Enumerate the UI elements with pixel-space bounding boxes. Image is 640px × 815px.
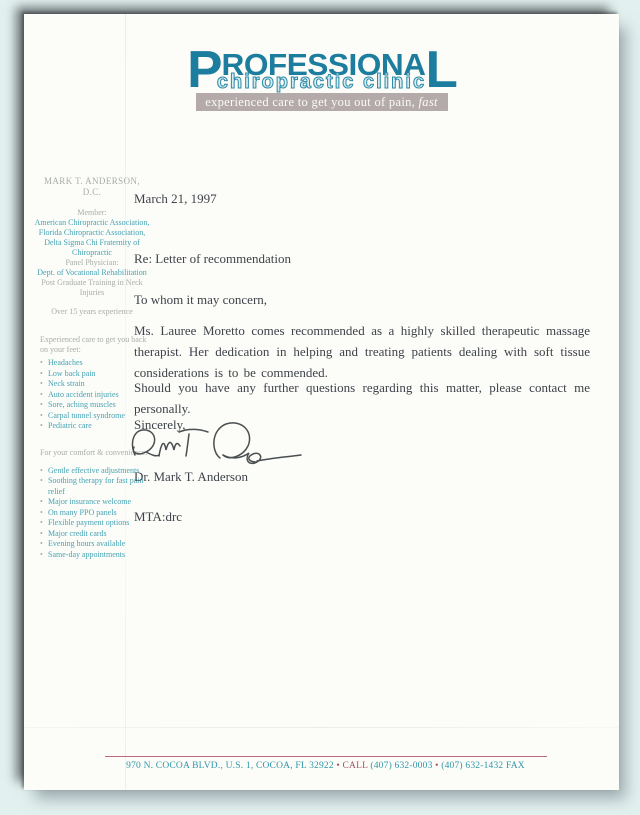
letter-body: March 21, 1997 Re: Letter of recommendat…: [134, 174, 590, 734]
footer-phone: (407) 632-0003: [370, 761, 432, 771]
logo-subtitle: chiropractic clinic: [214, 71, 430, 94]
member-item: Florida Chiropractic Association,: [34, 228, 150, 238]
handwritten-signature: [126, 417, 304, 475]
footer-fax: (407) 632-1432 FAX: [441, 761, 525, 771]
panel-item: Dept. of Vocational Rehabilitation: [34, 268, 150, 278]
letter-paragraph-1: Ms. Lauree Moretto comes recommended as …: [134, 320, 590, 383]
footer-bullet-1: •: [336, 761, 340, 771]
member-item: Delta Sigma Chi Fraternity of Chiropract…: [34, 238, 150, 258]
member-item: American Chiropractic Association,: [34, 218, 150, 228]
tagline-emphasis: fast: [419, 95, 438, 109]
panel-label: Panel Physician:: [34, 258, 150, 268]
tagline-banner: experienced care to get you out of pain,…: [196, 93, 448, 111]
clinic-logo: P ROFESSIONA L chiropractic clinic exper…: [190, 44, 454, 136]
letter-subject: Re: Letter of recommendation: [134, 251, 590, 267]
letterhead-sidebar: MARK T. ANDERSON, D.C. Member: American …: [34, 176, 150, 560]
letterhead-footer: 970 N. COCOA BLVD., U.S. 1, COCOA, FL 32…: [105, 756, 547, 771]
footer-call-label: CALL: [343, 761, 368, 771]
comfort-list: Gentle effective adjustmentsSoothing the…: [34, 466, 150, 561]
experience-note: Over 15 years experience: [34, 307, 150, 317]
post-grad-note: Post Graduate Training in Neck Injuries: [34, 278, 150, 298]
signer-name: Dr. Mark T. Anderson: [134, 469, 590, 485]
letter-salutation: To whom it may concern,: [134, 292, 590, 308]
scan-background: P ROFESSIONA L chiropractic clinic exper…: [0, 0, 640, 815]
letter-paper: P ROFESSIONA L chiropractic clinic exper…: [24, 14, 619, 790]
footer-address: 970 N. COCOA BLVD., U.S. 1, COCOA, FL 32…: [126, 761, 334, 771]
tagline-text: experienced care to get you out of pain,: [205, 95, 418, 109]
footer-bullet-2: •: [435, 761, 439, 771]
doctor-name: MARK T. ANDERSON, D.C.: [34, 176, 150, 198]
reference-initials: MTA:drc: [134, 509, 590, 525]
letter-date: March 21, 1997: [134, 191, 590, 207]
feet-heading: Experienced care to get you back on your…: [34, 335, 150, 355]
member-label: Member:: [34, 208, 150, 218]
member-list: American Chiropractic Association,Florid…: [34, 218, 150, 258]
letter-paragraph-2: Should you have any further questions re…: [134, 377, 590, 419]
logo-letter-l: L: [425, 44, 456, 96]
